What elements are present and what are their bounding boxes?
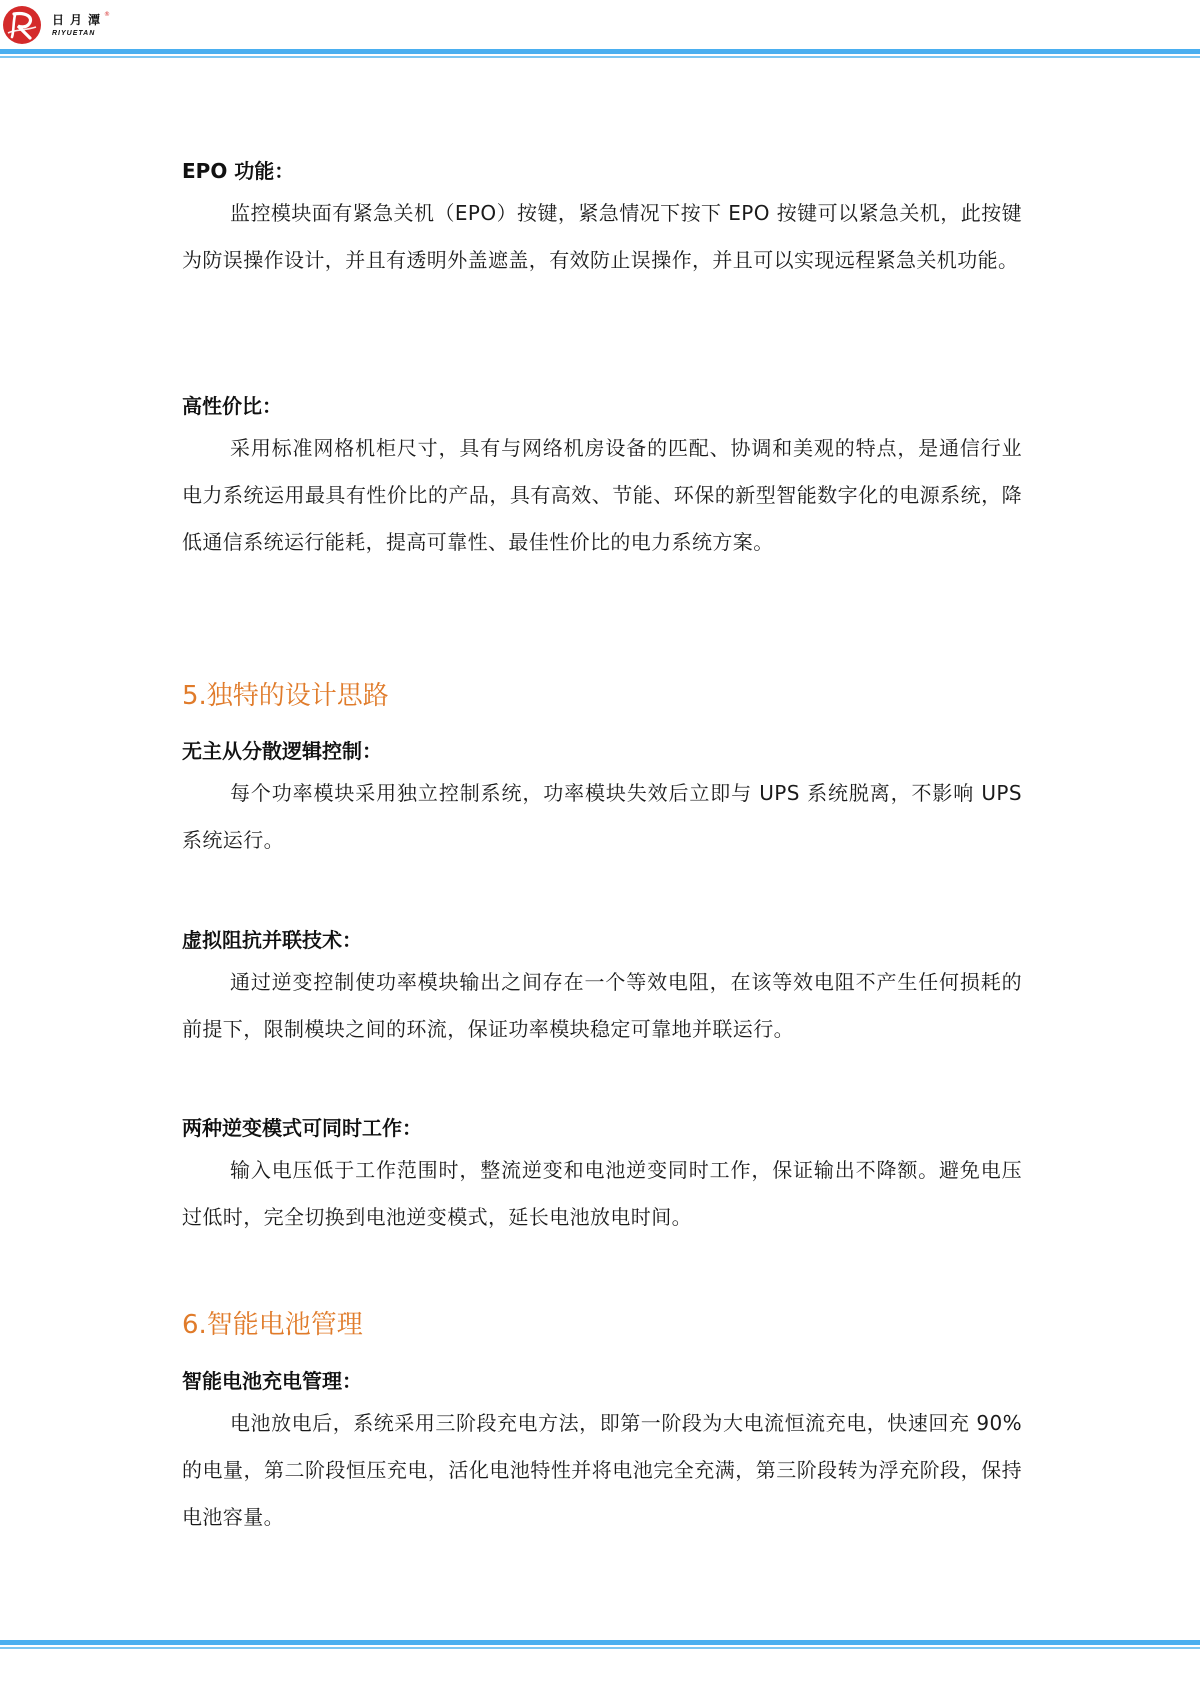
subtitle-dual-inverter: 两种逆变模式可同时工作： [182,1113,1022,1143]
footer-rule-thick [0,1640,1200,1645]
subtitle-cost-performance: 高性价比： [182,391,1022,421]
riyuetan-logo-icon [2,5,42,45]
subtitle-masterless-control: 无主从分散逻辑控制： [182,736,1022,766]
content-block-battery-charging: 智能电池充电管理： 电池放电后，系统采用三阶段充电方法，即第一阶段为大电流恒流充… [182,1366,1022,1541]
paragraph-dual-inverter: 输入电压低于工作范围时，整流逆变和电池逆变同时工作，保证输出不降额。避免电压过低… [182,1147,1022,1241]
paragraph-masterless-control: 每个功率模块采用独立控制系统，功率模块失效后立即与 UPS 系统脱离，不影响 U… [182,770,1022,864]
paragraph-cost-performance: 采用标准网格机柜尺寸，具有与网络机房设备的匹配、协调和美观的特点，是通信行业电力… [182,425,1022,566]
paragraph-epo: 监控模块面有紧急关机（EPO）按键，紧急情况下按下 EPO 按键可以紧急关机，此… [182,190,1022,284]
content-block-dual-inverter: 两种逆变模式可同时工作： 输入电压低于工作范围时，整流逆变和电池逆变同时工作，保… [182,1113,1022,1241]
subtitle-virtual-impedance: 虚拟阻抗并联技术： [182,925,1022,955]
registered-mark: ® [104,12,110,18]
section-title-design: 5.独特的设计思路 [182,679,1022,713]
content-block-virtual-impedance: 虚拟阻抗并联技术： 通过逆变控制使功率模块输出之间存在一个等效电阻，在该等效电阻… [182,925,1022,1053]
content-block-cost-performance: 高性价比： 采用标准网格机柜尺寸，具有与网络机房设备的匹配、协调和美观的特点，是… [182,391,1022,566]
subtitle-battery-charging: 智能电池充电管理： [182,1366,1022,1396]
footer-rule-thin [0,1647,1200,1649]
section-title-battery: 6.智能电池管理 [182,1308,1022,1342]
section-design-concept: 5.独特的设计思路 [182,679,1022,713]
page-header: 日月潭 ® RIYUETAN [0,0,1200,60]
header-rule-thin [0,56,1200,58]
content-block-epo: EPO 功能： 监控模块面有紧急关机（EPO）按键，紧急情况下按下 EPO 按键… [182,156,1022,284]
paragraph-virtual-impedance: 通过逆变控制使功率模块输出之间存在一个等效电阻，在该等效电阻不产生任何损耗的前提… [182,959,1022,1053]
content-block-masterless-control: 无主从分散逻辑控制： 每个功率模块采用独立控制系统，功率模块失效后立即与 UPS… [182,736,1022,864]
paragraph-battery-charging: 电池放电后，系统采用三阶段充电方法，即第一阶段为大电流恒流充电，快速回充 90%… [182,1400,1022,1541]
section-battery-management: 6.智能电池管理 [182,1308,1022,1342]
subtitle-epo: EPO 功能： [182,156,1022,186]
brand-name-english: RIYUETAN [52,30,95,38]
brand-name-chinese: 日月潭 [52,14,106,26]
header-rule-thick [0,49,1200,54]
